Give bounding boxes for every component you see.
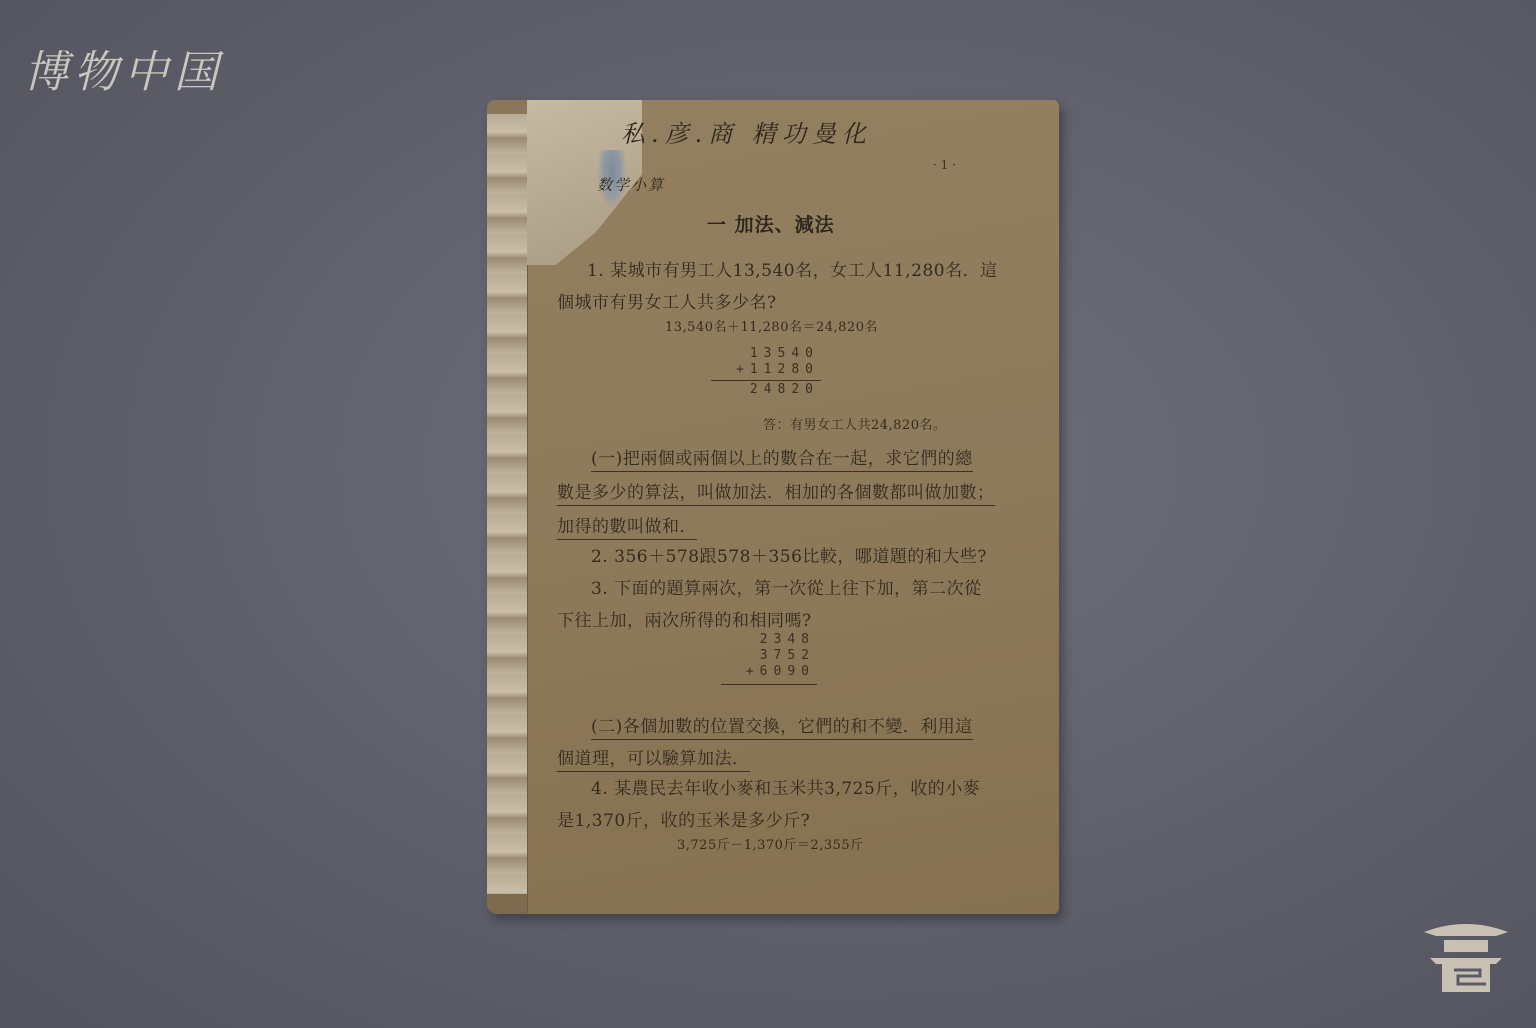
problem-4-line-1: 4. 某農民去年收小麥和玉米共3,725斤，收的小麥 [591, 774, 980, 799]
rule-1-line-2: 數是多少的算法，叫做加法．相加的各個數都叫做加數； [557, 478, 995, 506]
problem-1-answer: 答：有男女工人共24,820名。 [763, 414, 947, 433]
problem-3-row-2: 3752 [727, 648, 815, 663]
watermark-text: 博物中国 [24, 36, 224, 100]
problem-3-line-1: 3. 下面的題算兩次，第一次從上往下加，第二次從 [591, 574, 982, 599]
problem-4-equation: 3,725斤－1,370斤＝2,355斤 [677, 834, 864, 853]
handwritten-note-2: 数学小算 [597, 174, 665, 195]
book-spine [487, 114, 529, 894]
chapter-title: 一 加法、減法 [707, 210, 835, 237]
sum-rule-1 [711, 380, 821, 381]
rule-2-line-2: 個道理，可以驗算加法． [557, 744, 750, 772]
problem-3-row-1: 2348 [727, 632, 815, 647]
problem-2-line-1: 2. 356＋578跟578＋356比較，哪道題的和大些? [591, 542, 987, 567]
page-number: · 1 · [933, 158, 956, 172]
pavilion-logo-icon [1416, 918, 1516, 998]
problem-3-row-3: +6090 [727, 664, 815, 679]
problem-1-line-2: 個城市有男女工人共多少名? [557, 288, 777, 313]
problem-1-vertical-result: 24820 [717, 382, 819, 397]
handwritten-note-1: 私.彦.商 精功曼化 [621, 114, 872, 149]
textbook: 私.彦.商 精功曼化 数学小算 · 1 · 一 加法、減法 1. 某城市有男工人… [487, 100, 1059, 914]
problem-4-line-2: 是1,370斤，收的玉米是多少斤? [557, 806, 810, 831]
problem-1-vertical-top: 13540 [717, 346, 819, 361]
sum-rule-3 [721, 684, 817, 685]
rule-2-line-1: (二)各個加數的位置交換，它們的和不變．利用這 [591, 712, 973, 740]
problem-3-line-2: 下往上加，兩次所得的和相同嗎? [557, 606, 812, 631]
problem-1-vertical-bottom: +11280 [717, 362, 819, 377]
rule-1-line-1: (一)把兩個或兩個以上的數合在一起，求它們的總 [591, 444, 973, 472]
rule-1-line-3: 加得的數叫做和． [557, 512, 697, 540]
problem-1-equation: 13,540名＋11,280名＝24,820名 [665, 316, 878, 335]
problem-1-line-1: 1. 某城市有男工人13,540名，女工人11,280名．這 [587, 256, 998, 281]
